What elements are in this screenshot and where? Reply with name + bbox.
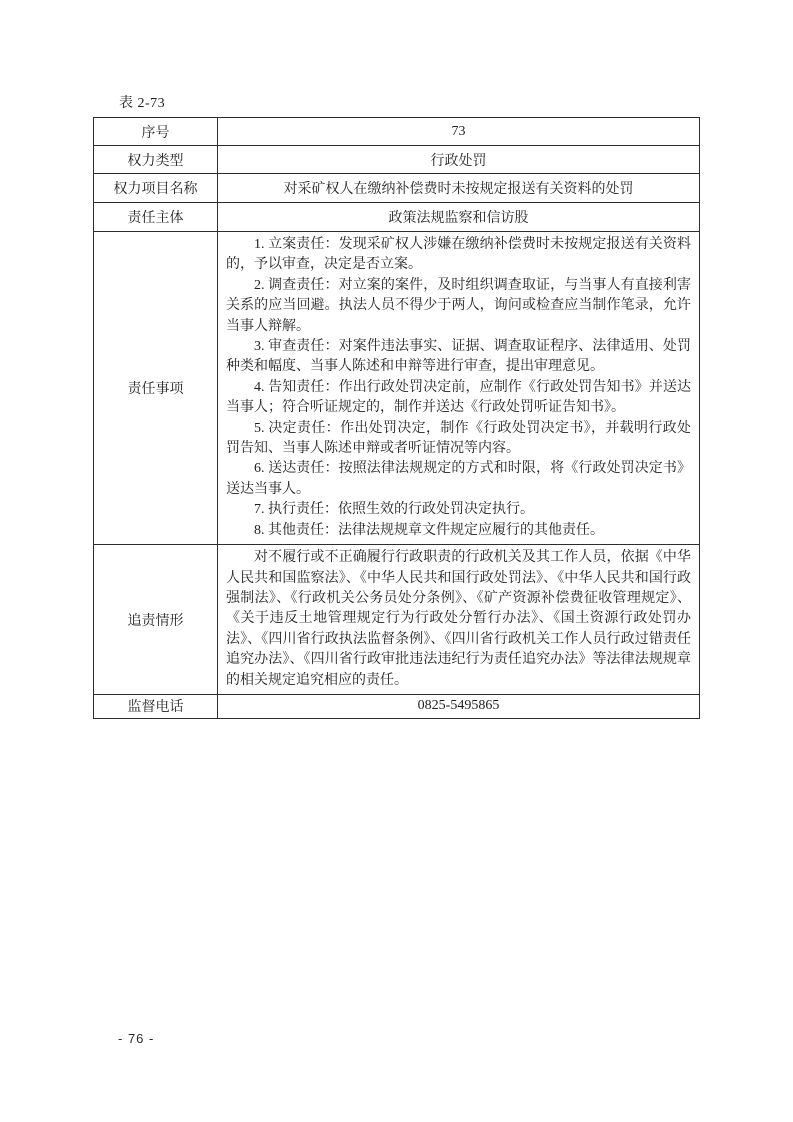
row-label: 权力项目名称 — [94, 174, 218, 202]
table-row-responsibility-items: 责任事项 1. 立案责任：发现采矿权人涉嫌在缴纳补偿费时未按规定报送有关资料的，… — [94, 232, 699, 545]
row-label: 追责情形 — [94, 545, 218, 694]
row-paragraphs: 对不履行或不正确履行行政职责的行政机关及其工作人员，依据《中华人民共和国监察法》… — [218, 545, 699, 694]
document-page: 表 2-73 序号 73 权力类型 行政处罚 权力项目名称 对采矿权人在缴纳补偿… — [0, 0, 793, 1122]
row-value: 行政处罚 — [218, 146, 699, 173]
table-row-responsible-entity: 责任主体 政策法规监察和信访股 — [94, 203, 699, 232]
row-label: 序号 — [94, 118, 218, 145]
responsibility-paragraph: 4. 告知责任：作出行政处罚决定前，应制作《行政处罚告知书》并送达当事人；符合听… — [226, 378, 691, 419]
row-value: 73 — [218, 118, 699, 145]
power-responsibility-table: 序号 73 权力类型 行政处罚 权力项目名称 对采矿权人在缴纳补偿费时未按规定报… — [93, 117, 700, 719]
row-paragraphs: 1. 立案责任：发现采矿权人涉嫌在缴纳补偿费时未按规定报送有关资料的，予以审查，… — [218, 232, 699, 544]
row-label: 监督电话 — [94, 695, 218, 718]
responsibility-paragraph: 1. 立案责任：发现采矿权人涉嫌在缴纳补偿费时未按规定报送有关资料的，予以审查，… — [226, 235, 691, 276]
responsibility-paragraph: 2. 调查责任：对立案的案件，及时组织调查取证，与当事人有直接利害关系的应当回避… — [226, 276, 691, 337]
table-row-serial-number: 序号 73 — [94, 118, 699, 146]
row-label: 责任主体 — [94, 203, 218, 231]
table-row-power-type: 权力类型 行政处罚 — [94, 146, 699, 174]
table-caption: 表 2-73 — [119, 92, 165, 112]
responsibility-paragraph: 8. 其他责任：法律法规规章文件规定应履行的其他责任。 — [226, 521, 691, 541]
responsibility-paragraph: 5. 决定责任：作出处罚决定，制作《行政处罚决定书》，并载明行政处罚告知、当事人… — [226, 419, 691, 460]
table-row-power-item-name: 权力项目名称 对采矿权人在缴纳补偿费时未按规定报送有关资料的处罚 — [94, 174, 699, 203]
table-row-supervision-phone: 监督电话 0825-5495865 — [94, 695, 699, 718]
page-number: - 76 - — [118, 1031, 154, 1046]
responsibility-paragraph: 3. 审查责任：对案件违法事实、证据、调查取证程序、法律适用、处罚种类和幅度、当… — [226, 337, 691, 378]
row-value: 对采矿权人在缴纳补偿费时未按规定报送有关资料的处罚 — [218, 174, 699, 202]
table-row-accountability-situations: 追责情形 对不履行或不正确履行行政职责的行政机关及其工作人员，依据《中华人民共和… — [94, 545, 699, 695]
row-label: 责任事项 — [94, 232, 218, 544]
row-value: 0825-5495865 — [218, 695, 699, 718]
row-label: 权力类型 — [94, 146, 218, 173]
responsibility-paragraph: 6. 送达责任：按照法律法规规定的方式和时限，将《行政处罚决定书》送达当事人。 — [226, 459, 691, 500]
accountability-paragraph: 对不履行或不正确履行行政职责的行政机关及其工作人员，依据《中华人民共和国监察法》… — [226, 548, 691, 691]
responsibility-paragraph: 7. 执行责任：依照生效的行政处罚决定执行。 — [226, 500, 691, 520]
row-value: 政策法规监察和信访股 — [218, 203, 699, 231]
